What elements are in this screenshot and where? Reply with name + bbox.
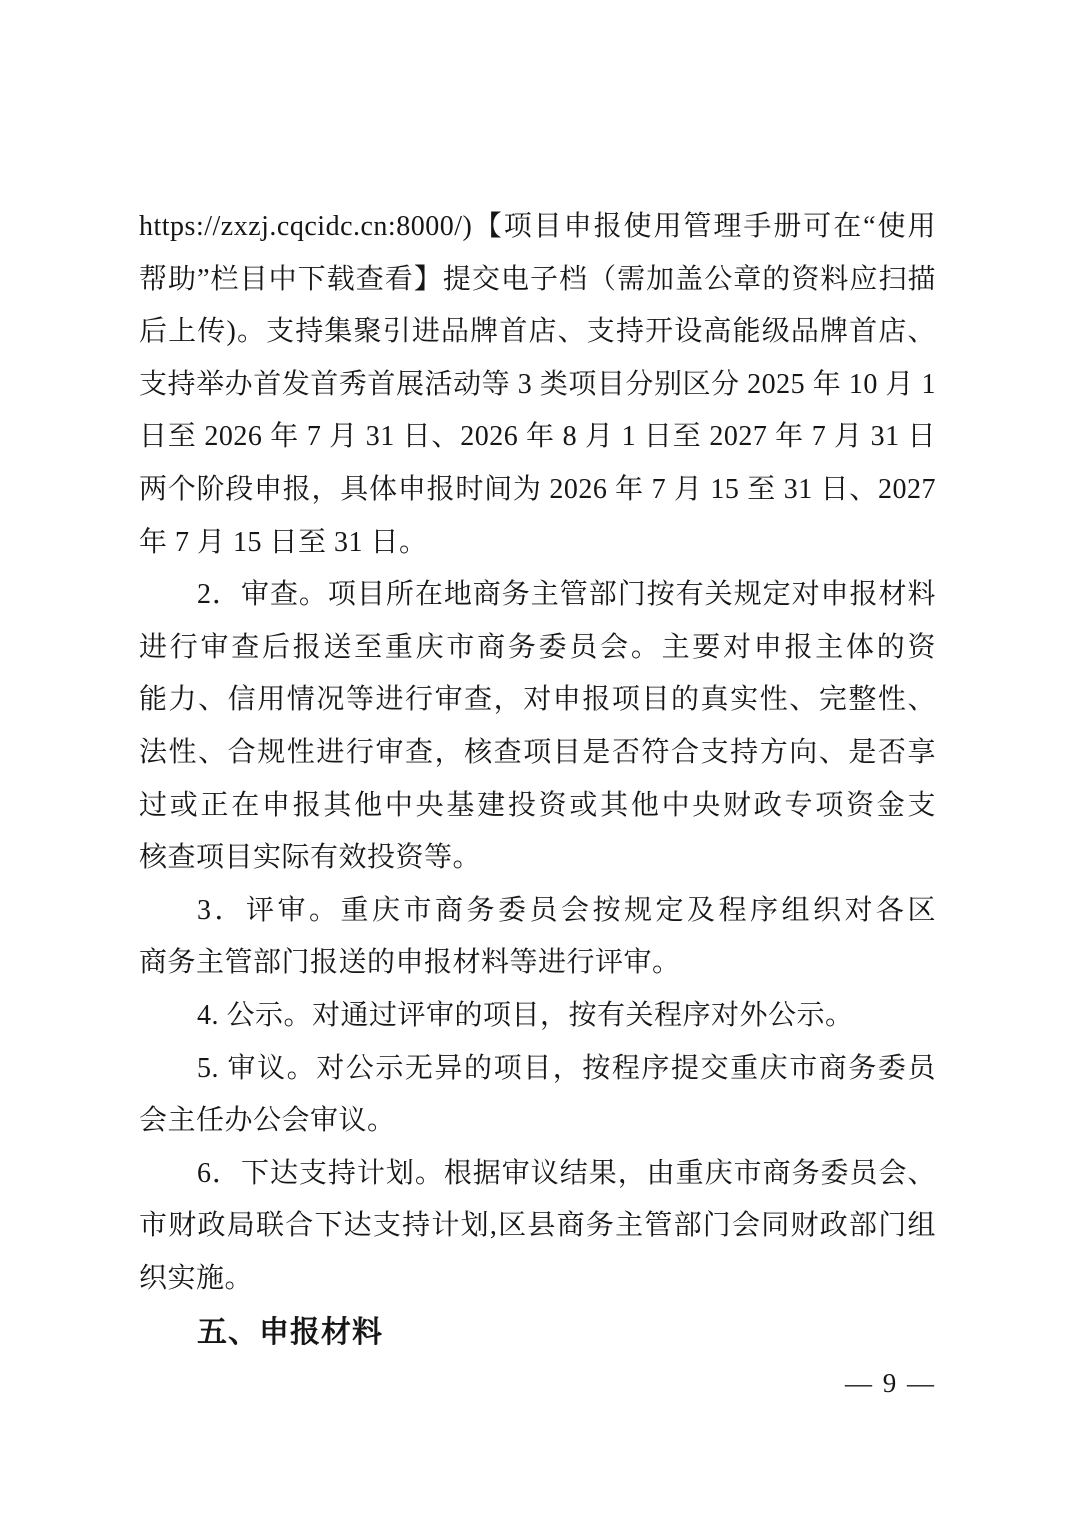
text-line: 3．评审。重庆市商务委员会按规定及程序组织对各区（县） — [139, 885, 936, 938]
text-line: 过或正在申报其他中央基建投资或其他中央财政专项资金支持， — [139, 780, 936, 833]
document-body: https://zxzj.cqcidc.cn:8000/)【项目申报使用管理手册… — [139, 201, 936, 1361]
text-line: 核查项目实际有效投资等。 — [139, 832, 936, 885]
text-line: 法性、合规性进行审查，核查项目是否符合支持方向、是否享受 — [139, 727, 936, 780]
document-page: https://zxzj.cqcidc.cn:8000/)【项目申报使用管理手册… — [0, 0, 1074, 1520]
text-line: 市财政局联合下达支持计划,区县商务主管部门会同财政部门组 — [139, 1200, 936, 1253]
text-line: 年 7 月 15 日至 31 日。 — [139, 517, 936, 570]
text-line: 能力、信用情况等进行审查，对申报项目的真实性、完整性、合 — [139, 674, 936, 727]
text-line: 5. 审议。对公示无异的项目，按程序提交重庆市商务委员 — [139, 1043, 936, 1096]
text-line: 进行审查后报送至重庆市商务委员会。主要对申报主体的资质、 — [139, 622, 936, 675]
text-line: https://zxzj.cqcidc.cn:8000/)【项目申报使用管理手册… — [139, 201, 936, 254]
text-line: 织实施。 — [139, 1253, 936, 1306]
text-line: 会主任办公会审议。 — [139, 1095, 936, 1148]
page-number: — 9 — — [139, 1363, 936, 1403]
text-line: 两个阶段申报，具体申报时间为 2026 年 7 月 15 至 31 日、2027 — [139, 464, 936, 517]
text-line: 4. 公示。对通过评审的项目，按有关程序对外公示。 — [139, 990, 936, 1043]
text-line: 2．审查。项目所在地商务主管部门按有关规定对申报材料 — [139, 569, 936, 622]
text-line: 帮助”栏目中下载查看】提交电子档（需加盖公章的资料应扫描 — [139, 254, 936, 307]
text-line: 后上传)。支持集聚引进品牌首店、支持开设高能级品牌首店、 — [139, 306, 936, 359]
text-line: 日至 2026 年 7 月 31 日、2026 年 8 月 1 日至 2027 … — [139, 411, 936, 464]
text-line: 支持举办首发首秀首展活动等 3 类项目分别区分 2025 年 10 月 1 — [139, 359, 936, 412]
section-heading: 五、申报材料 — [139, 1305, 936, 1361]
text-line: 6．下达支持计划。根据审议结果，由重庆市商务委员会、 — [139, 1148, 936, 1201]
text-line: 商务主管部门报送的申报材料等进行评审。 — [139, 937, 936, 990]
